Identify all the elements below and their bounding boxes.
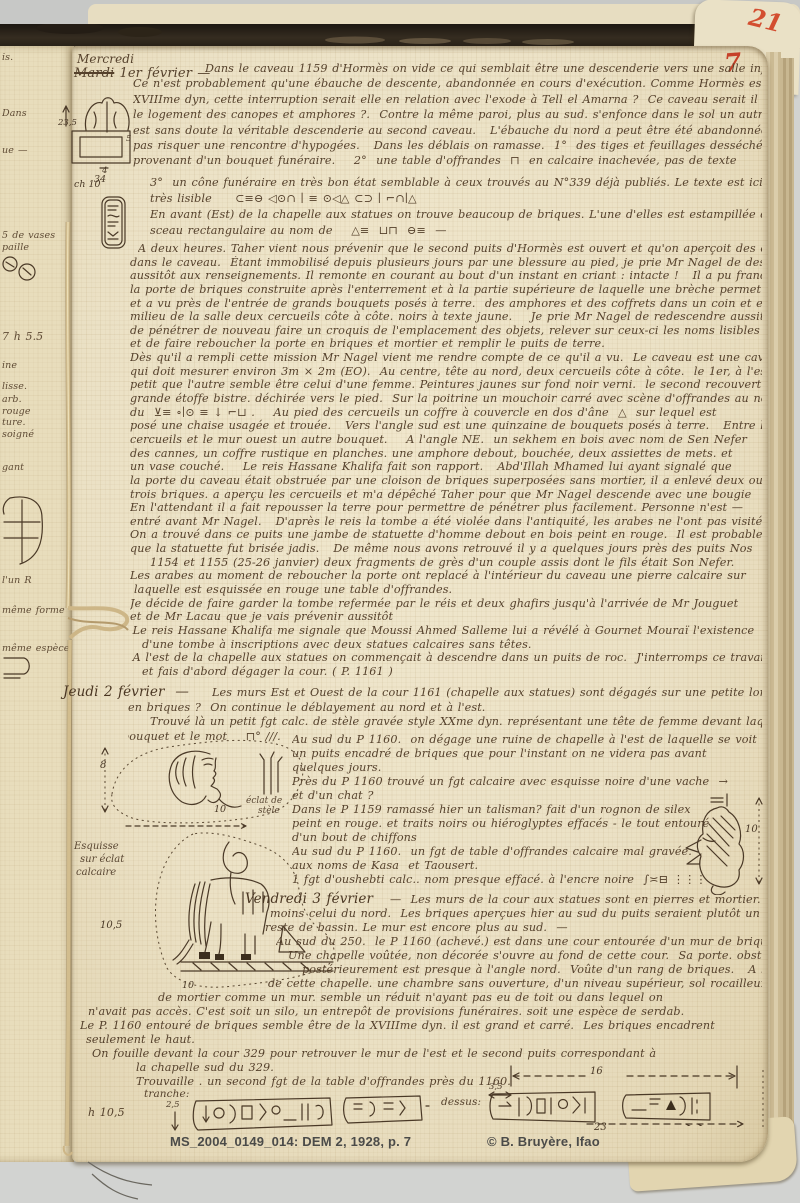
handwritten-line: Les arabes au moment de reboucher la por… — [130, 569, 762, 583]
handwritten-line: entré avant Mr Nagel. D'après le reis la… — [130, 515, 762, 529]
handwritten-line: pas risquer une rencontre d'hypogées. Da… — [133, 139, 762, 154]
handwritten-line: Ce n'est probablement qu'une ébauche de … — [133, 77, 762, 92]
handwritten-line: A deux heures. Taher vient nous prévenir… — [138, 242, 762, 256]
handwritten-line: un puits encadré de briques que pour l'i… — [292, 747, 762, 761]
tranche-label: tranche: — [144, 1088, 189, 1100]
handwritten-line: trois briques. a aperçu les cercueils et… — [130, 488, 762, 502]
handwritten-line: postérieurement est presque à l'angle no… — [302, 963, 762, 977]
handwritten-line: Près du P 1160 trouvé un fgt calcaire av… — [292, 775, 762, 789]
handwritten-line: cercueils et le mur ouest un autre bouqu… — [130, 433, 762, 447]
handwritten-line: de cette chapelle. une chambre sans ouve… — [268, 977, 762, 991]
handwritten-line: qui doit mesurer environ 3m × 2m (EO). A… — [130, 365, 762, 379]
handwritten-line: sceau rectangulaire au nom de △≡ ⊔⊓ ⊖≡ — — [150, 224, 762, 240]
handwritten-line: Dès qu'il a rempli cette mission Mr Nage… — [130, 351, 762, 365]
hieroglyph-band-dessus — [483, 1086, 601, 1128]
handwritten-line: Les murs Est et Ouest de la cour 1161 (c… — [212, 686, 762, 701]
handwritten-line: est sans doute la véritable descenderie … — [133, 124, 762, 139]
esquisse-caption: Esquisse — [74, 841, 119, 852]
stele-dim-bottom: 10 — [214, 804, 226, 815]
archive-reference: MS_2004_0149_014: DEM 2, 1928, p. 7 — [170, 1134, 411, 1149]
handwritten-line: très lisible ⊂≡⊖ ◁⊙∩ ∣ ≡ ⊙◁△ ⊂⊃ ∣ ⌐∩∣△ — [150, 192, 762, 208]
table-dim-right: 5 — [126, 134, 131, 144]
handwritten-line: d'une tombe à inscriptions avec deux sta… — [142, 638, 762, 652]
brick-seal-sketch — [99, 195, 129, 251]
entry3-paragraph: — Les murs de la cour aux statues sont e… — [80, 893, 762, 1089]
esquisse-caption3: calcaire — [76, 867, 116, 878]
entry1-paragraph-finds: 3° un cône funéraire en très bon état se… — [150, 176, 762, 240]
handwritten-line: XVIIIme dyn, cette interruption serait e… — [133, 93, 762, 108]
margin-fragment: is. — [2, 52, 72, 63]
margin-jar-sketch — [0, 492, 46, 570]
handwritten-line: la porte du caveau était obstruée par un… — [130, 474, 762, 488]
handwritten-line: et fais d'abord dégager la cour. ( P. 11… — [142, 665, 762, 679]
stele-head-sketch — [98, 734, 338, 834]
handwritten-line: seulement le haut. — [86, 1033, 762, 1047]
handwritten-line: posé une chaise usagée et trouée. Vers l… — [130, 419, 762, 433]
handwritten-line: Une chapelle voûtée, non décorée s'ouvre… — [288, 949, 762, 963]
handwritten-line: moins celui du nord. Les briques aperçue… — [270, 907, 762, 921]
handwritten-line: — Les murs de la cour aux statues sont e… — [390, 893, 762, 907]
handwritten-line: de pénétrer de nouveau faire un croquis … — [130, 324, 762, 338]
margin-bracket-sketch — [0, 652, 34, 696]
handwritten-line: Trouvé là un petit fgt calc. de stèle gr… — [150, 715, 762, 730]
tranche-dim-arrow — [168, 1110, 182, 1136]
handwritten-line: que la statuette fut brisée jadis. De mê… — [130, 542, 762, 556]
handwritten-line: et de Mr Lacau que je vais prévenir auss… — [130, 610, 762, 624]
entry-weekday-struck: Mardi — [74, 66, 114, 81]
handwritten-line: reste de bassin. Le mur est encore plus … — [265, 921, 762, 935]
handwritten-line: du ⊻≡ ∘∣⊙ ≡ ↓ ⌐⊔ . Au pied des cercueils… — [130, 406, 762, 420]
handwritten-line: provenant d'un bouquet funéraire. 2° une… — [133, 154, 762, 169]
handwritten-line: — A l'est de la chapelle aux statues on … — [130, 651, 762, 665]
handwritten-line: laquelle est esquissée en rouge une tabl… — [134, 583, 762, 597]
handwritten-line: et de faire reboucher la porte en brique… — [130, 337, 762, 351]
esquisse-caption2: sur éclat — [80, 854, 124, 865]
scanned-journal-page: 21 is. Dans ue — 5 de vases paille 7 h 5… — [0, 0, 800, 1203]
folio-number-behind: 21 — [746, 2, 785, 38]
talisman-sketch — [683, 790, 768, 895]
margin-circles-sketch — [0, 252, 42, 286]
handwritten-line: un vase couché. Le reis Hassane Khalifa … — [130, 460, 762, 474]
handwritten-line: n'avait pas accès. C'est soit un silo, u… — [88, 1005, 762, 1019]
copyright-credit: © B. Bruyère, Ifao — [487, 1134, 600, 1149]
handwritten-line: en briques ? On continue le déblayement … — [128, 701, 762, 716]
entry1-paragraph-main: A deux heures. Taher vient nous prévenir… — [130, 242, 762, 679]
entry1-paragraph-1: Dans le caveau 1159 d'Hormès on vide ce … — [133, 62, 762, 170]
stele-dim-left: 8 — [100, 760, 106, 771]
handwritten-line: On fouille devant la cour 329 pour retro… — [92, 1047, 762, 1061]
handwritten-line: dans le caveau. Étant immobilisé depuis … — [130, 256, 762, 270]
stele-caption: éclat de — [246, 796, 282, 806]
handwritten-line: On a trouvé dans ce puits une jambe de s… — [130, 528, 762, 542]
paper-fibres — [78, 1158, 168, 1203]
handwritten-line: En avant (Est) de la chapelle aux statue… — [150, 208, 762, 224]
handwritten-line: le logement des canopes et amphores ?. C… — [133, 108, 762, 123]
handwritten-line: Le P. 1160 entouré de briques semble êtr… — [80, 1019, 762, 1033]
handwritten-line: des cannes, un coffre rustique en planch… — [130, 447, 762, 461]
stele-caption2: stèle — [258, 806, 280, 816]
hieroglyph-band-tranche-2 — [338, 1090, 430, 1128]
handwritten-line: de mortier comme un mur. semble un rédui… — [158, 991, 762, 1005]
hieroglyph-band-dessus-2 — [616, 1086, 716, 1126]
hieroglyph-band-tranche — [186, 1094, 336, 1134]
talisman-dim: 10 — [745, 824, 758, 835]
handwritten-line: petit que l'autre semble être celui d'un… — [130, 378, 762, 392]
tranche-height: h 10,5 — [88, 1106, 125, 1119]
page-stack-fore-edge — [766, 52, 781, 1142]
handwritten-line: Dans le caveau 1159 d'Hormès on vide ce … — [205, 62, 762, 77]
handwritten-line: grande étoffe bistre. déchirée vers le p… — [130, 392, 762, 406]
handwritten-line: — Le reis Hassane Khalifa me signale que… — [130, 624, 762, 638]
handwritten-line: Au sud du 250. le P 1160 (achevé.) est d… — [276, 935, 762, 949]
page-stack-fore-edge-outer — [780, 58, 794, 1148]
handwritten-line: 3° un cône funéraire en très bon état se… — [150, 176, 762, 192]
handwritten-line: et a vu près de l'entrée de grands bouqu… — [130, 297, 762, 311]
table-ref2: 34 — [94, 174, 106, 185]
entry-weekday-corrected: Mercredi — [77, 52, 134, 66]
handwritten-line: Je décide de faire garder la tombe refer… — [130, 597, 762, 611]
handwritten-line: milieu de la salle deux cercueils côte à… — [130, 310, 762, 324]
tranche-dim: 2,5 — [166, 1100, 180, 1110]
handwritten-line: quelques jours. — [292, 761, 762, 775]
table-dim-left: 23,5 — [58, 118, 77, 128]
handwritten-line: En l'attendant il a fait repousser la te… — [130, 501, 762, 515]
handwritten-line: Au sud du P 1160. on dégage une ruine de… — [292, 733, 762, 747]
handwritten-line: aussitôt aux renseignements. Il remonte … — [130, 269, 762, 283]
handwritten-line: la porte de briques construite après l'e… — [130, 283, 762, 297]
handwritten-line: 1154 et 1155 (25-26 janvier) deux fragme… — [150, 556, 762, 570]
